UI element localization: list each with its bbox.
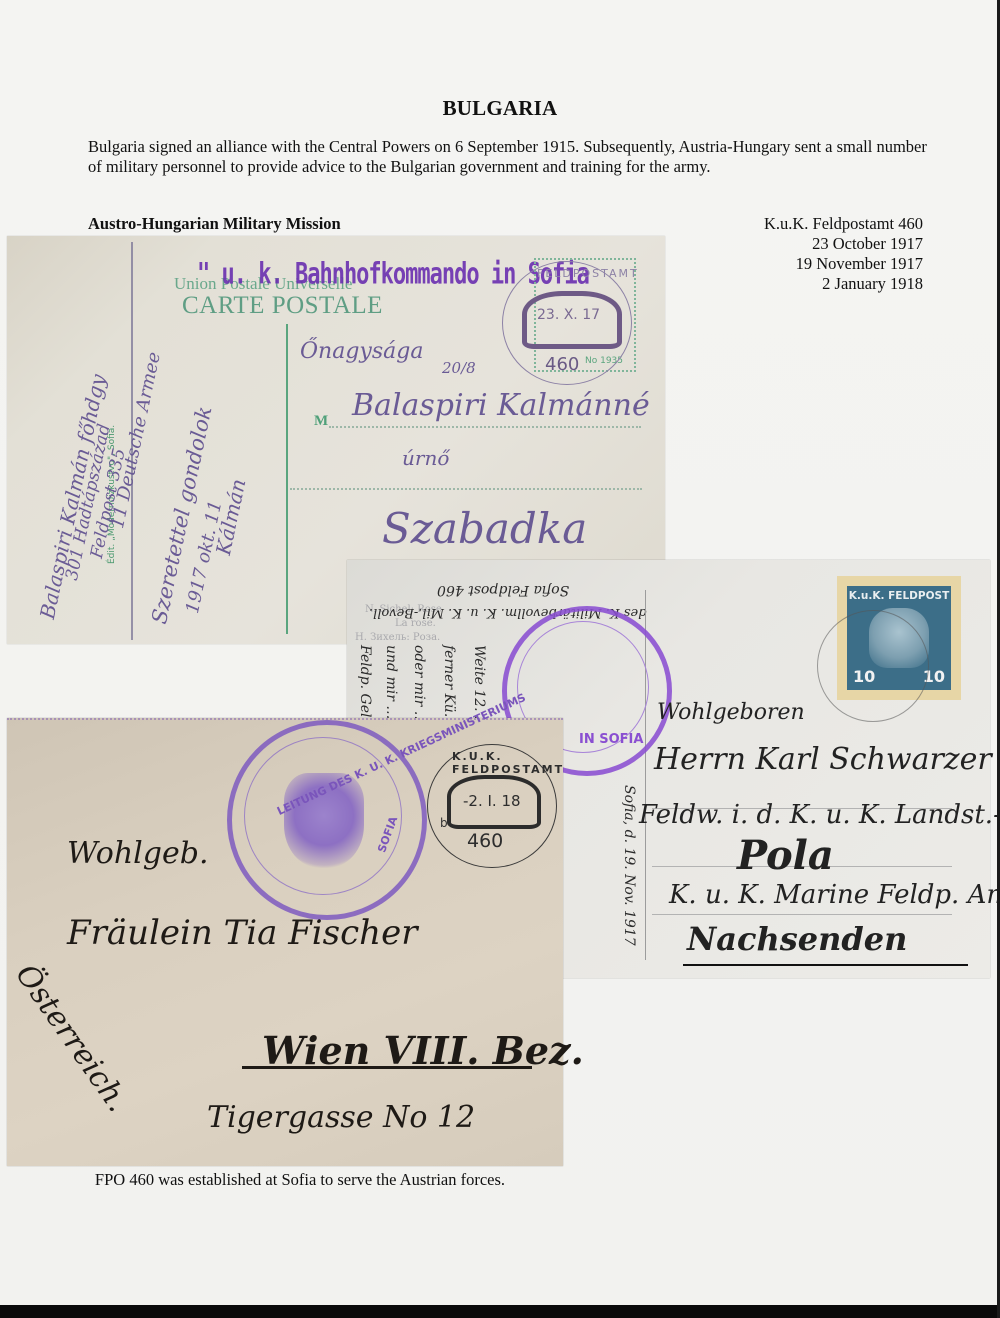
sender-date: Sofia, d. 19. Nov. 1917 — [621, 785, 637, 946]
handwritten-address: Balaspiri Kalmánné — [352, 388, 650, 423]
handwritten-country: Österreich. — [8, 958, 135, 1119]
address-divider — [286, 324, 288, 634]
stamp-cancellation — [817, 610, 929, 722]
postmark-number: 460 — [545, 354, 579, 375]
address-line — [329, 426, 641, 428]
postmark-date: 23. X. 17 — [537, 307, 600, 323]
fpo-dates-block: K.u.K. Feldpostamt 460 23 October 1917 1… — [764, 214, 923, 294]
envelope: LEITUNG DES K. U. K. KRIEGSMINISTERIUMS … — [7, 718, 563, 1166]
cachet-text: IN SOFIA — [579, 732, 643, 747]
stamp-title: K.u.K. FELDPOST — [847, 590, 951, 602]
handwritten-address: Fräulein Tia Fischer — [67, 913, 417, 953]
handwritten-address: Wohlgeboren — [657, 700, 805, 725]
vertical-message: oder mir … — [411, 645, 427, 725]
upside-down-note: Sofia Feldpost 460 — [437, 582, 569, 598]
redirect-underline — [683, 964, 968, 966]
postmark-label: FELDPOSTAMT — [537, 267, 639, 280]
postmark-letter: b — [440, 816, 448, 830]
address-line — [652, 914, 952, 915]
vertical-message: ferner Kü… — [441, 645, 457, 727]
fpo-date: 19 November 1917 — [764, 254, 923, 274]
handwritten-address: úrnő — [402, 446, 449, 470]
page-title: BULGARIA — [0, 96, 1000, 121]
album-page: BULGARIA Bulgaria signed an alliance wit… — [0, 0, 1000, 1305]
handwritten-address: 20/8 — [442, 359, 476, 377]
postmark-label: K.U.K. FELDPOSTAMT — [452, 750, 564, 776]
handwritten-address: Szabadka — [382, 504, 587, 553]
handwritten-address: K. u. K. Marine Feldp. Amt — [669, 880, 1000, 910]
handwritten-address: Feldw. i. d. K. u. K. Landst.-Regmt. 5. — [639, 800, 1000, 830]
handwritten-redirect: Nachsenden — [687, 920, 907, 958]
fpo-date: 23 October 1917 — [764, 234, 923, 254]
postmark-number: 460 — [467, 830, 503, 852]
section-heading: Austro-Hungarian Military Mission — [88, 214, 341, 234]
fpo-date: 2 January 1918 — [764, 274, 923, 294]
vertical-message: und mir … — [383, 645, 399, 719]
handwritten-address: Őnagysága — [300, 339, 423, 364]
handwritten-address: Herrn Karl Schwarzer — [654, 742, 992, 777]
postmark-date: -2. I. 18 — [463, 792, 521, 810]
item-caption: FPO 460 was established at Sofia to serv… — [0, 1170, 600, 1190]
scan-border-bottom — [0, 1305, 1000, 1318]
handwritten-address: Wohlgeb. — [67, 836, 208, 871]
fpo-name: K.u.K. Feldpostamt 460 — [764, 214, 923, 234]
handwritten-address: Tigergasse No 12 — [207, 1100, 475, 1135]
picture-caption: H. Зихель: Роза. — [355, 632, 440, 643]
handwritten-address: Pola — [737, 832, 834, 879]
carte-postale-header: CARTE POSTALE — [182, 292, 383, 320]
address-prefix: M — [314, 413, 328, 430]
city-underline — [242, 1066, 532, 1069]
intro-paragraph: Bulgaria signed an alliance with the Cen… — [88, 137, 938, 177]
address-line — [290, 488, 642, 490]
